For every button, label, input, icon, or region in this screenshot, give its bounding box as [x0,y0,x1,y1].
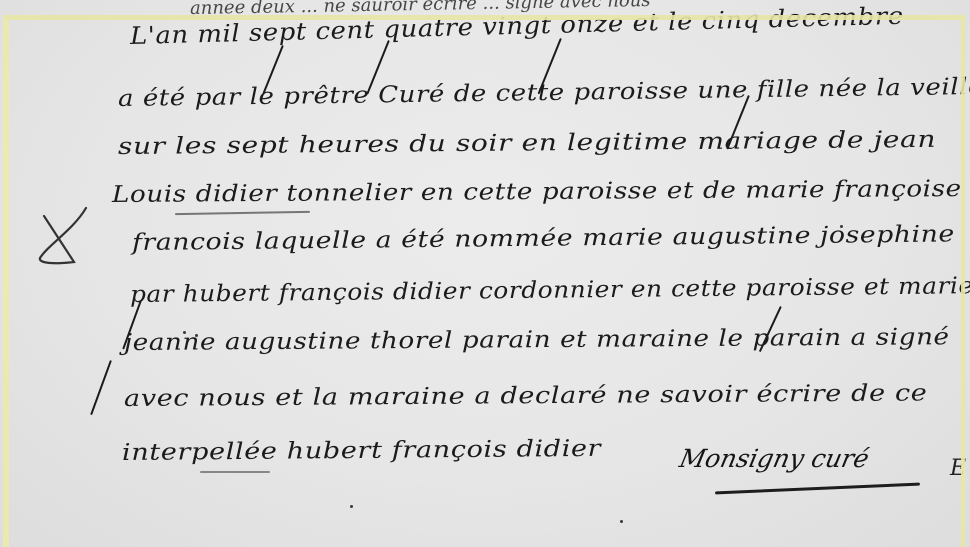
margin-cross-mark [28,200,98,270]
underline-name-louis [175,211,310,215]
ascender-stroke [90,360,112,415]
text-line-4: Louis didier tonnelier en cette paroisse… [112,176,962,208]
ink-speck [620,520,623,523]
text-line-8: avec nous et la maraine a declaré ne sav… [124,380,928,412]
underline-interpellee [200,471,270,473]
ink-speck [840,225,843,228]
text-line-5: francois laquelle a été nommée marie aug… [132,221,955,256]
text-line-7: jeanne augustine thorel parain et marain… [124,324,950,356]
text-line-9: interpellée hubert françois didier [122,436,601,466]
document-scan: annee deux ... ne sauroir ecrire ... sig… [0,0,970,547]
signature-monsigny: Monsigny curé [677,444,872,473]
ink-speck [195,334,198,337]
signature-underline [715,483,920,495]
ink-speck [350,505,353,508]
text-line-6: par hubert françois didier cordonnier en… [130,273,970,308]
text-line-3: sur les sept heures du soir en legitime … [118,127,936,160]
ink-speck [183,331,186,334]
edge-fragment: E [950,456,966,481]
